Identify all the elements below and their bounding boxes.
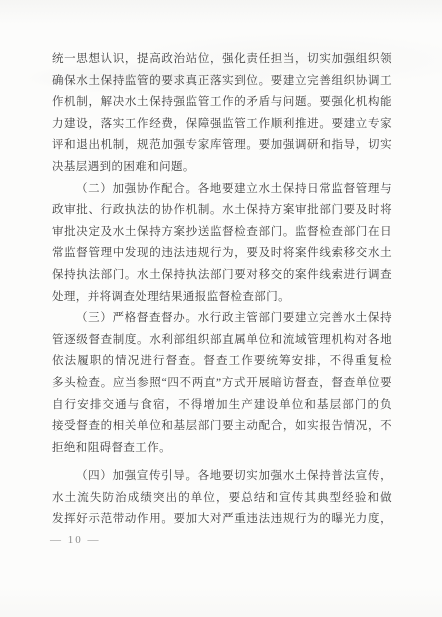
text-line: （四）加强宣传引导。各地要切实加强水土保持普法宣传，对 [52,466,392,488]
text-line: 力建设，落实工作经费，保障强监管工作顺利推进。要建立专家考 [52,114,392,136]
text-line: 作机制，解决水土保持强监管工作的矛盾与问题。要强化机构能 [52,92,392,114]
page-number: — 10 — [50,534,101,546]
text-line: 评和退出机制，规范加强专家库管理。要加强调研和指导，切实解 [52,135,392,157]
text-line: 水土流失防治成绩突出的单位，要总结和宣传其典型经验和做法， [52,488,392,510]
text-line: 审批决定及水土保持方案抄送监督检查部门。监督检查部门在日 [52,222,392,244]
text-line: 依法履职的情况进行督查。督查工作要统筹安排，不得重复检查、 [52,351,392,373]
text-line: 政审批、行政执法的协作机制。水土保持方案审批部门要及时将 [52,200,392,222]
text-line: 决基层遇到的困难和问题。 [52,157,392,179]
text-line: 多头检查。应当参照“四不两直”方式开展暗访督查，督查单位要 [52,373,392,395]
text-line: 保持执法部门。水土保持执法部门要对移交的案件线索进行调查 [52,265,392,287]
text-line: 拒绝和阻碍督查工作。 [52,438,392,460]
text-line: 接受督查的相关单位和基层部门要主动配合，如实报告情况，不得 [52,416,392,438]
text-line: （三）严格督查督办。水行政主管部门要建立完善水土保持监 [52,308,392,330]
text-line: 发挥好示范带动作用。要加大对严重违法违规行为的曝光力度， [52,509,392,531]
text-line: （二）加强协作配合。各地要建立水土保持日常监督管理与行 [52,179,392,201]
text-line: 常监督管理中发现的违法违规行为，要及时将案件线索移交水土 [52,243,392,265]
text-line: 确保水土保持监管的要求真正落实到位。要建立完善组织协调工 [52,71,392,93]
text-line: 管逐级督查制度。水利部组织部直属单位和流域管理机构对各地 [52,330,392,352]
text-line: 处理，并将调查处理结果通报监督检查部门。 [52,287,392,309]
text-line: 统一思想认识，提高政治站位，强化责任担当，切实加强组织领导， [52,49,392,71]
text-line: 自行安排交通与食宿，不得增加生产建设单位和基层部门的负担。 [52,395,392,417]
document-text-block: 统一思想认识，提高政治站位，强化责任担当，切实加强组织领导，确保水土保持监管的要… [52,49,392,531]
